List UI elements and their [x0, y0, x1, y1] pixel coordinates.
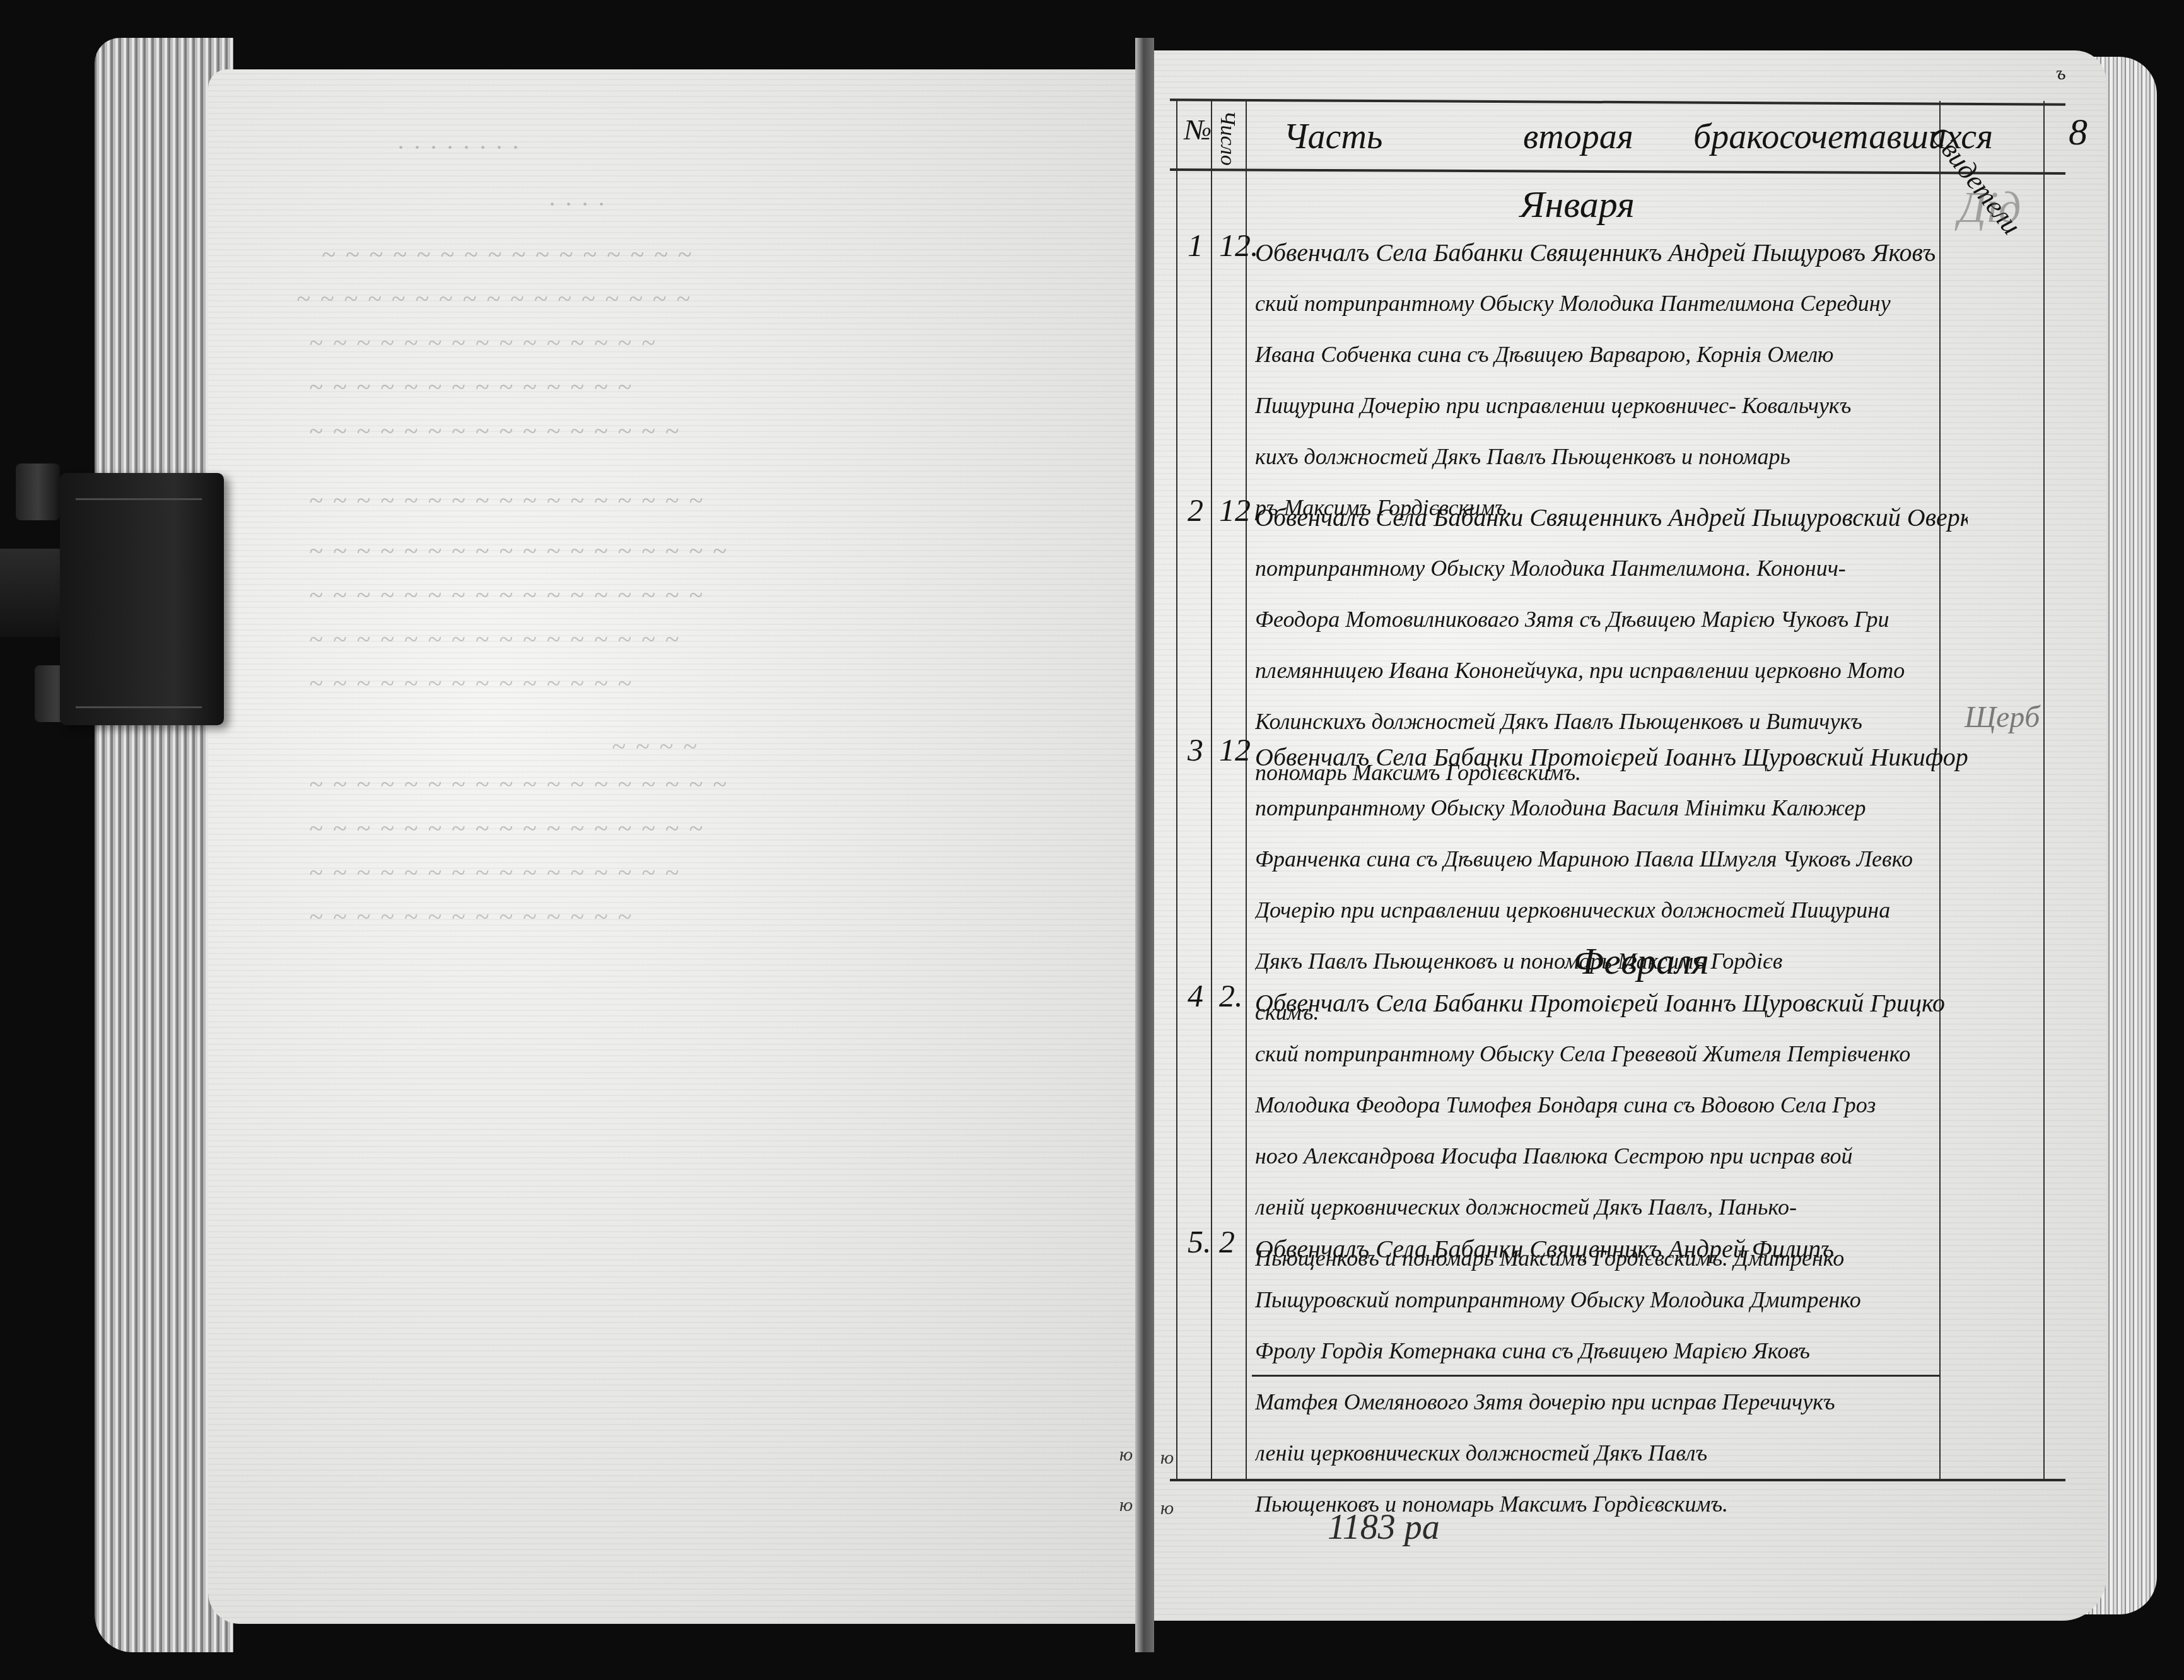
witness-column-scrawl: Дід [1958, 183, 2021, 233]
col-rule [1246, 101, 1247, 1479]
entry-line: Пыщуровский потрипрантному Обыску Молоди… [1255, 1275, 1968, 1326]
bleed-through-text: · · · · · · · · [397, 132, 520, 162]
bleed-through-text: ~ ~ ~ ~ ~ ~ ~ ~ ~ ~ ~ ~ ~ ~ [309, 372, 633, 402]
entry-line: ного Александрова Иосифа Павлюка Сестрою… [1255, 1131, 1968, 1182]
book-gutter [1135, 38, 1154, 1652]
bleed-through-text: ~ ~ ~ ~ ~ ~ ~ ~ ~ ~ ~ ~ ~ ~ ~ ~ ~ ~ [309, 536, 728, 566]
left-margin-mark: ю [1119, 1444, 1133, 1466]
col-rule [1176, 101, 1177, 1479]
entry-line: потрипрантному Обыску Молодика Пантелимо… [1255, 543, 1968, 594]
entry-line: потрипрантному Обыску Молодина Василя Мі… [1255, 783, 1968, 834]
entry-day: 2 [1219, 1223, 1235, 1260]
month-heading-january: Января [1520, 183, 1635, 226]
entry-number: 2 [1188, 492, 1203, 528]
entry-text: Обвенчалъ Села Бабанки Священникъ Андрей… [1255, 227, 1968, 534]
entry-line: Дочерію при исправлении церковнических д… [1255, 885, 1968, 936]
column-header-date: Число [1215, 110, 1239, 166]
entry-line: Феодора Мотовилниковаго Зятя съ Дѣвицею … [1255, 594, 1968, 645]
archive-inventory-note: 1183 ра [1328, 1507, 1440, 1548]
bleed-through-text: ~ ~ ~ ~ ~ ~ ~ ~ ~ ~ ~ ~ ~ ~ ~ ~ ~ ~ [309, 769, 728, 799]
entry-line: Пищурина Дочерію при исправлении церковн… [1255, 380, 1968, 431]
register-table: № Число Часть вторая бракосочетавшихся С… [1170, 101, 2084, 1479]
bleed-through-text: ~ ~ ~ ~ ~ ~ ~ ~ ~ ~ ~ ~ ~ ~ ~ ~ [309, 858, 680, 887]
header-title-ordinal: вторая [1523, 117, 1633, 157]
table-top-rule [1170, 98, 2065, 105]
top-edge-mark: ъ [2056, 63, 2066, 85]
clip-ridge [76, 706, 202, 708]
bleed-through-text: ~ ~ ~ ~ ~ ~ ~ ~ ~ ~ ~ ~ ~ ~ ~ ~ [322, 240, 693, 269]
entry-line: ский потрипрантному Обыску Села Гревевой… [1255, 1029, 1968, 1080]
bleed-through-text: ~ ~ ~ ~ [612, 732, 699, 761]
column-header-number: № [1181, 114, 1215, 146]
entry-day: 12 [1219, 732, 1251, 768]
bleed-through-text: ~ ~ ~ ~ ~ ~ ~ ~ ~ ~ ~ ~ ~ ~ ~ ~ ~ [296, 284, 692, 313]
bleed-through-text: · · · · [549, 189, 606, 219]
entry-day: 12 [1219, 492, 1251, 528]
entry-number: 5. [1188, 1223, 1212, 1260]
col-rule [2043, 101, 2045, 1479]
bleed-through-text: ~ ~ ~ ~ ~ ~ ~ ~ ~ ~ ~ ~ ~ ~ ~ [309, 328, 657, 358]
entry-line: кихъ должностей Дякъ Павлъ Пьющенковъ и … [1255, 431, 1968, 482]
bleed-through-text: ~ ~ ~ ~ ~ ~ ~ ~ ~ ~ ~ ~ ~ ~ [309, 668, 633, 698]
bleed-through-text: ~ ~ ~ ~ ~ ~ ~ ~ ~ ~ ~ ~ ~ ~ [309, 902, 633, 931]
entry-line: Обвенчалъ Села Бабанки Священникъ Андрей… [1255, 492, 1968, 543]
entry-number: 4 [1188, 977, 1203, 1014]
margin-note: Щерб [1965, 700, 2040, 735]
header-title-part: Часть [1283, 117, 1382, 157]
clip-hinge-top [16, 464, 60, 520]
entry-day: 2. [1219, 977, 1243, 1014]
entry-line: Обвенчалъ Села Бабанки Протоієрей Іоаннъ… [1255, 977, 1968, 1029]
entry-line: Обвенчалъ Села Бабанки Священникъ Андрей… [1255, 227, 1968, 278]
entry-text: Обвенчалъ Села Бабанки Священникъ Андрей… [1255, 1223, 1968, 1530]
entry-line: Обвенчалъ Села Бабанки Священникъ Андрей… [1255, 1223, 1968, 1275]
bleed-through-text: ~ ~ ~ ~ ~ ~ ~ ~ ~ ~ ~ ~ ~ ~ ~ ~ ~ [309, 486, 704, 515]
entry-line: Франченка сина съ Дѣвицею Мариною Павла … [1255, 834, 1968, 885]
right-page: ъ 8 № Число Часть вторая бракосочетавших… [1154, 50, 2106, 1621]
entry-line: ский потрипрантному Обыску Молодика Пант… [1255, 278, 1968, 329]
bleed-through-text: ~ ~ ~ ~ ~ ~ ~ ~ ~ ~ ~ ~ ~ ~ ~ ~ [309, 416, 680, 446]
entry-line: леніи церковнических должностей Дякъ Пав… [1255, 1428, 1968, 1479]
bleed-through-text: ~ ~ ~ ~ ~ ~ ~ ~ ~ ~ ~ ~ ~ ~ ~ ~ ~ [309, 580, 704, 610]
bleed-through-text: ~ ~ ~ ~ ~ ~ ~ ~ ~ ~ ~ ~ ~ ~ ~ ~ ~ [309, 814, 704, 843]
entry-line: Матфея Омелянового Зятя дочерію при испр… [1255, 1377, 1968, 1428]
clip-ridge [76, 498, 202, 500]
month-heading-february: Февраля [1574, 940, 1709, 983]
clip-plate [60, 473, 224, 725]
entry-line: племянницею Ивана Кононейчука, при испра… [1255, 645, 1968, 696]
entry-number: 3 [1188, 732, 1203, 768]
gutter-mark: ю [1160, 1498, 1174, 1519]
entry-number: 1 [1188, 227, 1203, 264]
entry-line: Фролу Гордія Котернака сина съ Дѣвицею М… [1255, 1326, 1968, 1377]
entry-line: Ивана Собченка сина съ Дѣвицею Варварою,… [1255, 329, 1968, 380]
left-margin-mark: ю [1119, 1495, 1133, 1516]
header-bottom-rule [1170, 168, 2065, 175]
bleed-through-text: ~ ~ ~ ~ ~ ~ ~ ~ ~ ~ ~ ~ ~ ~ ~ ~ [309, 624, 680, 654]
entry-line: Молодика Феодора Тимофея Бондаря сина съ… [1255, 1080, 1968, 1131]
gutter-mark: ю [1160, 1447, 1174, 1469]
left-page: · · · · · · · · · · · · ~ ~ ~ ~ ~ ~ ~ ~ … [208, 69, 1148, 1624]
col-rule [1211, 101, 1212, 1479]
binder-clip [0, 464, 227, 804]
entry-day: 12. [1219, 227, 1259, 264]
entry-line: Обвенчалъ Села Бабанки Протоієрей Іоаннъ… [1255, 732, 1968, 783]
